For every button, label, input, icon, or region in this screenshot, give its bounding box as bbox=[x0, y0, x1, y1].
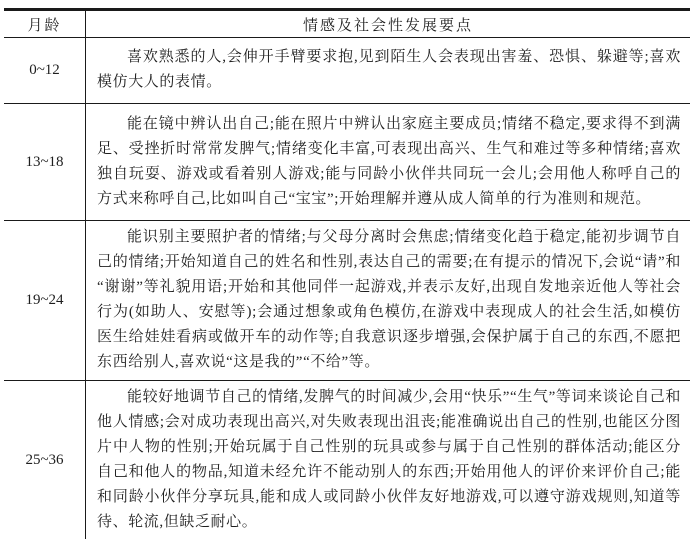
table-row: 19~24 能识别主要照护者的情绪;与父母分离时会焦虑;情绪变化趋于稳定,能初步… bbox=[4, 221, 690, 381]
content-cell: 能识别主要照护者的情绪;与父母分离时会焦虑;情绪变化趋于稳定,能初步调节自己的情… bbox=[86, 221, 691, 381]
table-header-row: 月龄 情感及社会性发展要点 bbox=[4, 10, 690, 38]
row-content-text: 能识别主要照护者的情绪;与父母分离时会焦虑;情绪变化趋于稳定,能初步调节自己的情… bbox=[86, 221, 690, 380]
age-cell: 0~12 bbox=[4, 38, 86, 104]
table-row: 0~12 喜欢熟悉的人,会伸开手臂要求抱,见到陌生人会表现出害羞、恐惧、躲避等;… bbox=[4, 38, 690, 104]
table-row: 13~18 能在镜中辨认出自己;能在照片中辨认出家庭主要成员;情绪不稳定,要求得… bbox=[4, 104, 690, 221]
content-cell: 喜欢熟悉的人,会伸开手臂要求抱,见到陌生人会表现出害羞、恐惧、躲避等;喜欢模仿大… bbox=[86, 38, 691, 104]
table-row: 25~36 能较好地调节自己的情绪,发脾气的时间减少,会用“快乐”“生气”等词来… bbox=[4, 381, 690, 539]
content-column-header: 情感及社会性发展要点 bbox=[86, 10, 691, 38]
row-content-text: 能较好地调节自己的情绪,发脾气的时间减少,会用“快乐”“生气”等词来谈论自己和他… bbox=[86, 381, 690, 539]
row-content-text: 喜欢熟悉的人,会伸开手臂要求抱,见到陌生人会表现出害羞、恐惧、躲避等;喜欢模仿大… bbox=[86, 41, 690, 100]
document-page: { "colors": { "background": "#ffffff", "… bbox=[0, 0, 694, 539]
content-cell: 能在镜中辨认出自己;能在照片中辨认出家庭主要成员;情绪不稳定,要求得不到满足、受… bbox=[86, 104, 691, 221]
age-column-header: 月龄 bbox=[4, 10, 86, 38]
age-cell: 13~18 bbox=[4, 104, 86, 221]
content-cell: 能较好地调节自己的情绪,发脾气的时间减少,会用“快乐”“生气”等词来谈论自己和他… bbox=[86, 381, 691, 539]
age-cell: 19~24 bbox=[4, 221, 86, 381]
row-content-text: 能在镜中辨认出自己;能在照片中辨认出家庭主要成员;情绪不稳定,要求得不到满足、受… bbox=[86, 108, 690, 217]
development-table: 月龄 情感及社会性发展要点 0~12 喜欢熟悉的人,会伸开手臂要求抱,见到陌生人… bbox=[4, 8, 690, 539]
age-cell: 25~36 bbox=[4, 381, 86, 539]
